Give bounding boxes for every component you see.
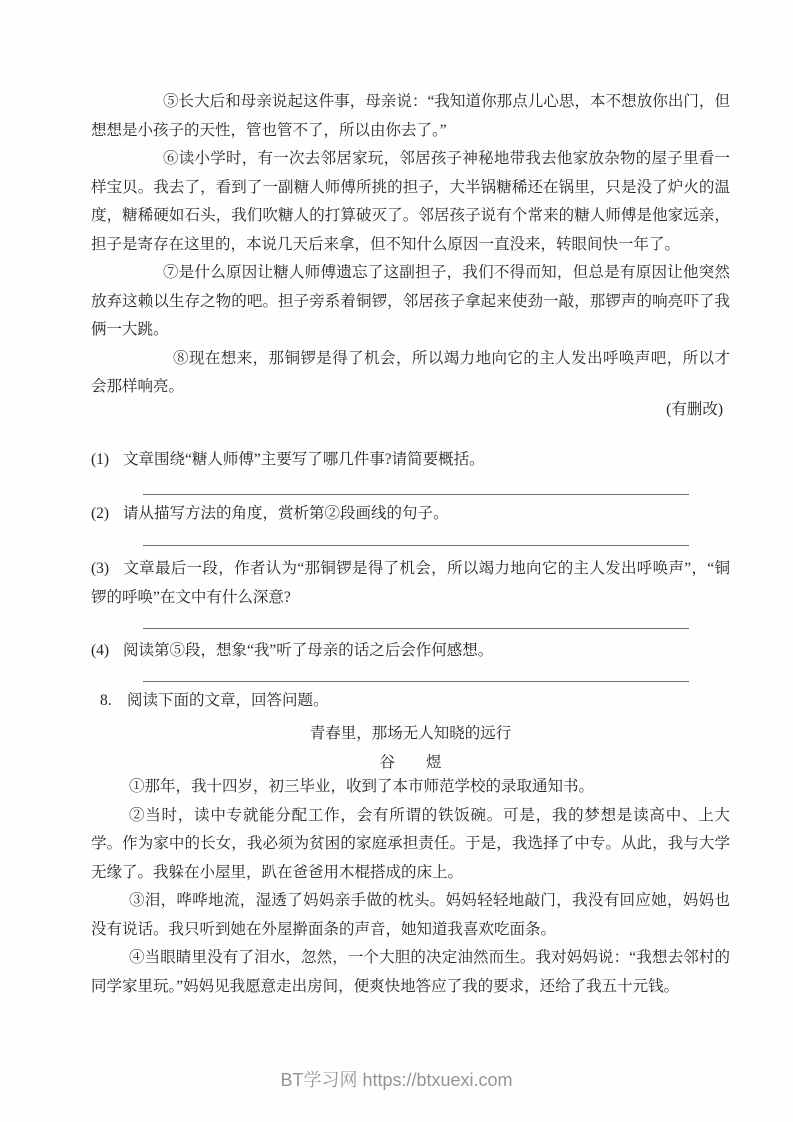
question-1-number: (1) [91,446,123,475]
article-paragraph-1: ①那年，我十四岁，初三毕业，收到了本市师范学校的录取通知书。 [91,773,730,802]
question-3-text: 文章最后一段，作者认为“那铜锣是得了机会，所以竭力地向它的主人发出呼唤声”，“铜… [91,560,730,606]
question-3-number: (3) [91,555,123,584]
section-8-heading: 8.阅读下面的文章，回答问题。 [91,687,730,716]
exam-document-page: ⑤长大后和母亲说起这件事，母亲说：“我知道你那点儿心思，本不想放你出门，但想想是… [0,0,793,1122]
passage-paragraph-7: ⑦是什么原因让糖人师傅遗忘了这副担子，我们不得而知，但总是有原因让他突然放弃这赖… [91,259,730,345]
answer-blank-line-1 [143,494,689,495]
article-paragraph-4: ④当眼睛里没有了泪水，忽然，一个大胆的决定油然而生。我对妈妈说：“我想去邻村的同… [91,944,730,1001]
passage-paragraph-8: ⑧现在想来，那铜锣是得了机会，所以竭力地向它的主人发出呼唤声吧，所以才会那样响亮… [91,345,730,402]
answer-blank-line-3 [143,628,689,629]
section-8-number: 8. [100,687,127,716]
section-8-text: 阅读下面的文章，回答问题。 [127,692,329,709]
answer-blank-line-4 [143,681,689,682]
page-content: ⑤长大后和母亲说起这件事，母亲说：“我知道你那点儿心思，本不想放你出门，但想想是… [0,0,793,1001]
answer-blank-line-2 [143,545,689,546]
question-1-text: 文章围绕“糖人师傅”主要写了哪几件事?请简要概括。 [123,451,485,468]
question-4: (4)阅读第⑤段，想象“我”听了母亲的话之后会作何感想。 [91,637,730,666]
question-2-number: (2) [91,500,123,529]
question-3: (3)文章最后一段，作者认为“那铜锣是得了机会，所以竭力地向它的主人发出呼唤声”… [91,555,730,612]
article-paragraph-3: ③泪，哗哗地流，湿透了妈妈亲手做的枕头。妈妈轻轻地敲门，我没有回应她，妈妈也没有… [91,887,730,944]
edited-note: (有删改) [91,396,730,425]
site-watermark: BT学习网 https://btxuexi.com [0,1066,793,1094]
passage-paragraph-6: ⑥读小学时，有一次去邻居家玩，邻居孩子神秘地带我去他家放杂物的屋子里看一样宝贝。… [91,145,730,259]
question-4-text: 阅读第⑤段，想象“我”听了母亲的话之后会作何感想。 [123,642,493,659]
question-2-text: 请从描写方法的角度，赏析第②段画线的句子。 [123,505,449,522]
article-paragraph-2: ②当时，读中专就能分配工作，会有所谓的铁饭碗。可是，我的梦想是读高中、上大学。作… [91,802,730,888]
passage-paragraph-5: ⑤长大后和母亲说起这件事，母亲说：“我知道你那点儿心思，本不想放你出门，但想想是… [91,88,730,145]
question-1: (1)文章围绕“糖人师傅”主要写了哪几件事?请简要概括。 [91,446,730,475]
question-4-number: (4) [91,637,123,666]
question-2: (2)请从描写方法的角度，赏析第②段画线的句子。 [91,500,730,529]
article-title: 青春里，那场无人知晓的远行 [91,720,730,749]
